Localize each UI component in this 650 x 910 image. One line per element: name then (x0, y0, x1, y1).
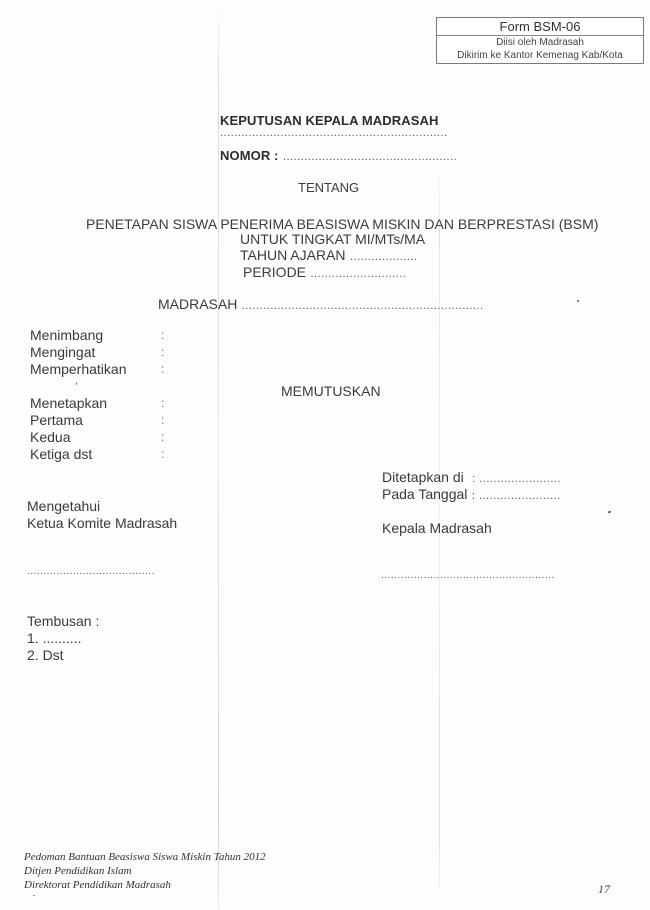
periode-label: PERIODE (243, 264, 306, 280)
title-blank[interactable]: ........................................… (220, 127, 448, 139)
madrasah-blank[interactable]: ........................................… (242, 300, 484, 312)
memperhatikan-colon: : (161, 362, 164, 376)
mengingat-label: Mengingat (30, 344, 95, 360)
madrasah-row: MADRASAH ...............................… (158, 296, 484, 314)
tahun-ajaran-label: TAHUN AJARAN (240, 247, 346, 263)
menetapkan-colon: : (161, 396, 164, 410)
madrasah-label: MADRASAH (158, 296, 237, 312)
tanggal-row: Pada Tanggal : ....................... (382, 486, 561, 504)
memutuskan-heading: MEMUTUSKAN (281, 383, 381, 399)
ditetapkan-row: Ditetapkan di : ....................... (382, 469, 561, 487)
document-title: KEPUTUSAN KEPALA MADRASAH (220, 113, 438, 128)
form-instruction-2: Dikirim ke Kantor Kemenag Kab/Kota (437, 49, 643, 62)
memperhatikan-label: Memperhatikan (30, 361, 127, 377)
kepala-madrasah-label: Kepala Madrasah (382, 520, 492, 536)
ditetapkan-label: Ditetapkan di (382, 469, 464, 485)
tentang-label: TENTANG (298, 180, 359, 195)
menimbang-label: Menimbang (30, 327, 103, 343)
scan-speck (33, 895, 35, 896)
periode-blank[interactable]: ........................... (310, 268, 406, 280)
subject-line-1: PENETAPAN SISWA PENERIMA BEASISWA MISKIN… (86, 216, 598, 232)
nomor-blank[interactable]: ........................................… (283, 151, 457, 163)
tahun-ajaran-blank[interactable]: ................... (350, 251, 418, 263)
pertama-label: Pertama (30, 412, 83, 428)
tembusan-label: Tembusan : (27, 613, 99, 629)
mengetahui-label: Mengetahui (27, 498, 100, 514)
tanggal-label: Pada Tanggal (382, 486, 467, 502)
scan-speck (608, 510, 612, 513)
periode-row: PERIODE ........................... (243, 264, 407, 282)
footer-line-1: Pedoman Bantuan Beasiswa Siswa Miskin Ta… (24, 850, 266, 864)
ditetapkan-blank[interactable]: : ....................... (472, 473, 561, 485)
pertama-colon: : (161, 413, 164, 427)
menimbang-colon: : (161, 328, 164, 342)
kepala-signature-blank[interactable]: ........................................… (381, 570, 555, 581)
nomor-row: NOMOR : ................................… (220, 147, 457, 165)
form-code: Form BSM-06 (437, 18, 643, 36)
page-number: 17 (598, 882, 610, 897)
scan-speck (577, 300, 579, 302)
ketiga-label: Ketiga dst (30, 446, 92, 462)
nomor-label: NOMOR : (220, 148, 278, 163)
kedua-colon: : (161, 430, 164, 444)
form-instruction-1: Diisi oleh Madrasah (437, 36, 643, 49)
scan-speck (76, 382, 77, 385)
subject-line-2: UNTUK TINGKAT MI/MTs/MA (240, 231, 425, 247)
kedua-label: Kedua (30, 429, 70, 445)
ketua-komite-label: Ketua Komite Madrasah (27, 515, 177, 531)
komite-signature-blank[interactable]: ....................................... (27, 566, 155, 577)
tembusan-item-2: 2. Dst (27, 647, 64, 663)
form-code-box: Form BSM-06 Diisi oleh Madrasah Dikirim … (436, 17, 644, 64)
tembusan-item-1: 1. .......... (27, 630, 81, 646)
footer-line-3: Direktorat Pendidikan Madrasah (24, 878, 171, 892)
tahun-ajaran-row: TAHUN AJARAN ................... (240, 247, 418, 265)
tanggal-blank[interactable]: : ....................... (472, 490, 561, 502)
ketiga-colon: : (161, 447, 164, 461)
mengingat-colon: : (161, 345, 164, 359)
scan-fold-line-left (218, 0, 219, 910)
menetapkan-label: Menetapkan (30, 395, 107, 411)
footer-line-2: Ditjen Pendidikan Islam (24, 864, 132, 878)
